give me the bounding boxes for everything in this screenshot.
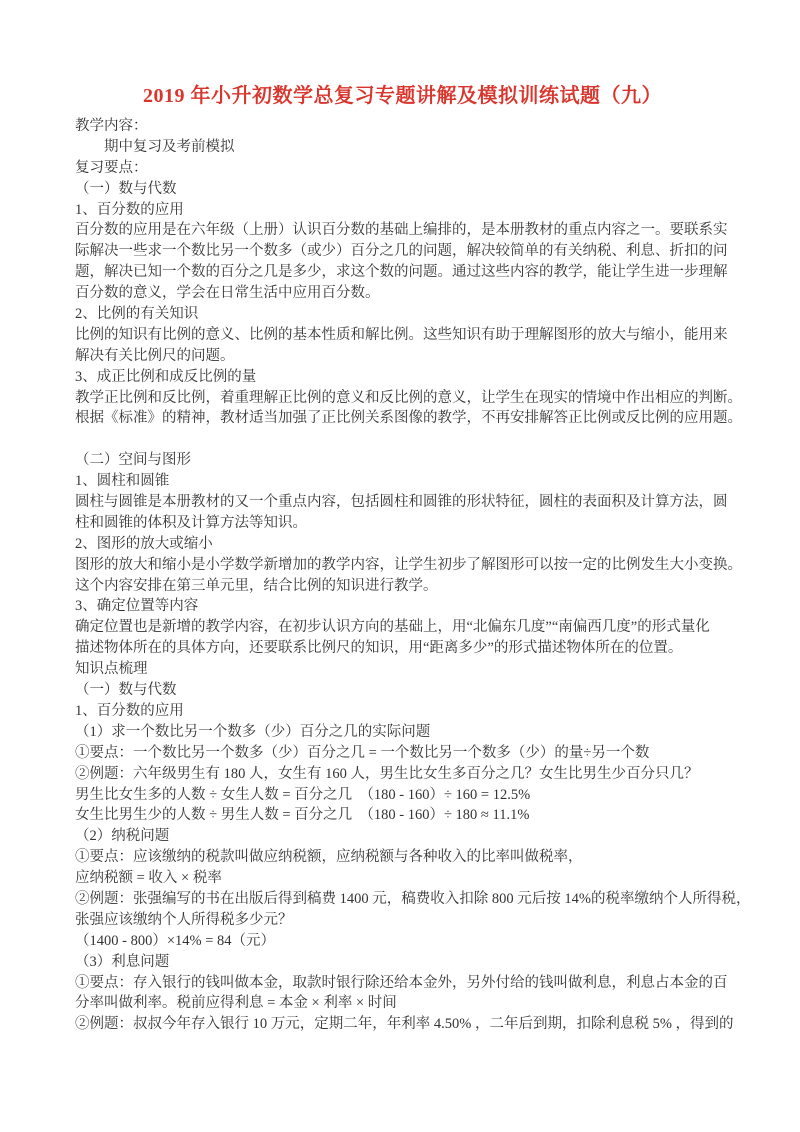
text-line: 复习要点： — [75, 158, 730, 179]
text-line: 1、百分数的应用 — [75, 701, 730, 722]
text-line: （1）求一个数比另一个数多（少）百分之几的实际问题 — [75, 722, 730, 743]
text-line: 解决有关比例尺的问题。 — [75, 346, 730, 367]
document-title: 2019 年小升初数学总复习专题讲解及模拟训练试题（九） — [75, 82, 730, 110]
document-page: 2019 年小升初数学总复习专题讲解及模拟训练试题（九） 教学内容： 期中复习及… — [0, 0, 800, 1132]
text-line: 女生比男生少的人数 ÷ 男生人数 = 百分之几 （180 - 160）÷ 180… — [75, 805, 730, 826]
text-line: 柱和圆锥的体积及计算方法等知识。 — [75, 513, 730, 534]
text-line: 2、比例的有关知识 — [75, 304, 730, 325]
text-line: ①要点：一个数比另一个数多（少）百分之几 = 一个数比另一个数多（少）的量÷另一… — [75, 743, 730, 764]
text-line: 期中复习及考前模拟 — [75, 137, 730, 158]
text-line: 分率叫做利率。税前应得利息 = 本金 × 利率 × 时间 — [75, 993, 730, 1014]
text-line: （一）数与代数 — [75, 179, 730, 200]
text-line: 描述物体所在的具体方向，还要联系比例尺的知识，用“距离多少”的形式描述物体所在的… — [75, 638, 730, 659]
text-line: 这个内容安排在第三单元里，结合比例的知识进行教学。 — [75, 576, 730, 597]
text-line: （2）纳税问题 — [75, 826, 730, 847]
text-line: 比例的知识有比例的意义、比例的基本性质和解比例。这些知识有助于理解图形的放大与缩… — [75, 325, 730, 346]
text-line: 根据《标准》的精神，教材适当加强了正比例关系图像的教学，不再安排解答正比例或反比… — [75, 408, 730, 429]
text-line: 题，解决已知一个数的百分之几是多少，求这个数的问题。通过这些内容的教学，能让学生… — [75, 262, 730, 283]
text-line: ①要点：应该缴纳的税款叫做应纳税额，应纳税额与各种收入的比率叫做税率， — [75, 847, 730, 868]
text-line: 图形的放大和缩小是小学数学新增加的教学内容，让学生初步了解图形可以按一定的比例发… — [75, 555, 730, 576]
text-line: ②例题：六年级男生有 180 人，女生有 160 人，男生比女生多百分之几？女生… — [75, 764, 730, 785]
text-line: 圆柱与圆锥是本册教材的又一个重点内容，包括圆柱和圆锥的形状特征，圆柱的表面积及计… — [75, 492, 730, 513]
text-line: 百分数的意义，学会在日常生活中应用百分数。 — [75, 283, 730, 304]
text-line: 确定位置也是新增的教学内容，在初步认识方向的基础上，用“北偏东几度”“南偏西几度… — [75, 617, 730, 638]
text-line: 教学内容： — [75, 116, 730, 137]
text-line: （3）利息问题 — [75, 952, 730, 973]
document-body: 教学内容： 期中复习及考前模拟复习要点：（一）数与代数1、百分数的应用百分数的应… — [75, 116, 730, 1035]
text-line: 百分数的应用是在六年级（上册）认识百分数的基础上编排的，是本册教材的重点内容之一… — [75, 220, 730, 241]
text-line: ①要点：存入银行的钱叫做本金，取款时银行除还给本金外，另外付给的钱叫做利息，利息… — [75, 973, 730, 994]
text-line: （一）数与代数 — [75, 680, 730, 701]
blank-line — [75, 429, 730, 450]
text-line: 际解决一些求一个数比另一个数多（或少）百分之几的问题，解决较简单的有关纳税、利息… — [75, 241, 730, 262]
text-line: 3、成正比例和成反比例的量 — [75, 367, 730, 388]
text-line: （1400 - 800）×14% = 84（元） — [75, 931, 730, 952]
text-line: 教学正比例和反比例，着重理解正比例的意义和反比例的意义，让学生在现实的情境中作出… — [75, 388, 730, 409]
text-line: 1、圆柱和圆锥 — [75, 471, 730, 492]
text-line: （二）空间与图形 — [75, 450, 730, 471]
text-line: 2、图形的放大或缩小 — [75, 534, 730, 555]
text-line: 3、确定位置等内容 — [75, 596, 730, 617]
text-line: 知识点梳理 — [75, 659, 730, 680]
text-line: ②例题：叔叔今年存入银行 10 万元，定期二年，年利率 4.50% ，二年后到期… — [75, 1014, 730, 1035]
text-line: 张强应该缴纳个人所得税多少元？ — [75, 910, 730, 931]
text-line: 1、百分数的应用 — [75, 200, 730, 221]
text-line: ②例题：张强编写的书在出版后得到稿费 1400 元，稿费收入扣除 800 元后按… — [75, 889, 730, 910]
text-line: 应纳税额 = 收入 × 税率 — [75, 868, 730, 889]
text-line: 男生比女生多的人数 ÷ 女生人数 = 百分之几 （180 - 160）÷ 160… — [75, 785, 730, 806]
